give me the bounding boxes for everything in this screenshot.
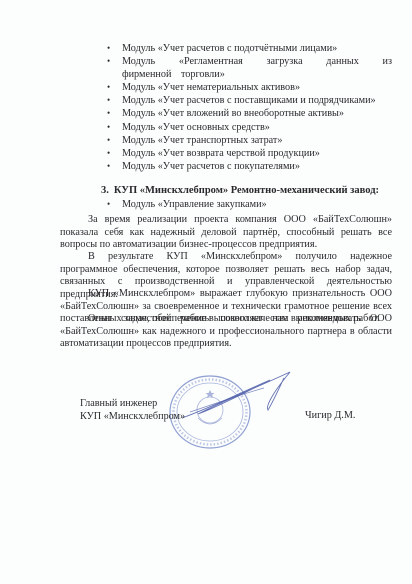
section-module-list: •Модуль «Управление закупками» [104,198,364,211]
list-item: •Модуль «Учет основных средств» [104,121,392,134]
list-item: •Модуль «Учет возврата черствой продукци… [104,147,392,160]
bullet-icon: • [107,121,110,134]
signatory-position: Главный инженер [80,398,185,411]
list-item: •Модуль «Регламентная загрузка данных из… [104,55,392,81]
bullet-icon: • [107,147,110,160]
list-item: •Модуль «Учет расчетов с подотчётными ли… [104,42,392,55]
bullet-icon: • [107,42,110,55]
paragraph: Опыт совместной работы позволяет нам рек… [60,313,392,351]
signatory-block: Главный инженер КУП «Минскхлебпром» [80,398,185,423]
signatory-name: Чигир Д.М. [305,410,355,421]
signature-icon [180,368,300,428]
list-item: •Модуль «Учет нематериальных активов» [104,81,392,94]
list-item: •Модуль «Управление закупками» [104,198,364,211]
list-item: •Модуль «Учет транспортных затрат» [104,134,392,147]
section-title: КУП «Минскхлебпром» Ремонтно-механически… [114,185,379,196]
section-heading: 3.КУП «Минскхлебпром» Ремонтно-механичес… [101,185,379,196]
document-page: •Модуль «Учет расчетов с подотчётными ли… [0,0,412,584]
bullet-icon: • [107,107,110,120]
list-item: •Модуль «Учет расчетов с покупателями» [104,160,392,173]
list-item: •Модуль «Учет вложений во внеоборотные а… [104,107,392,120]
bullet-icon: • [107,94,110,107]
bullet-icon: • [107,81,110,94]
signatory-organization: КУП «Минскхлебпром» [80,411,185,424]
paragraph: За время реализации проекта компания ООО… [60,214,392,252]
bullet-icon: • [107,160,110,173]
section-number: 3. [101,185,109,196]
module-list: •Модуль «Учет расчетов с подотчётными ли… [104,42,392,173]
list-item: •Модуль «Учет расчетов с поставщиками и … [104,94,392,107]
bullet-icon: • [107,55,110,68]
bullet-icon: • [107,198,110,211]
bullet-icon: • [107,134,110,147]
